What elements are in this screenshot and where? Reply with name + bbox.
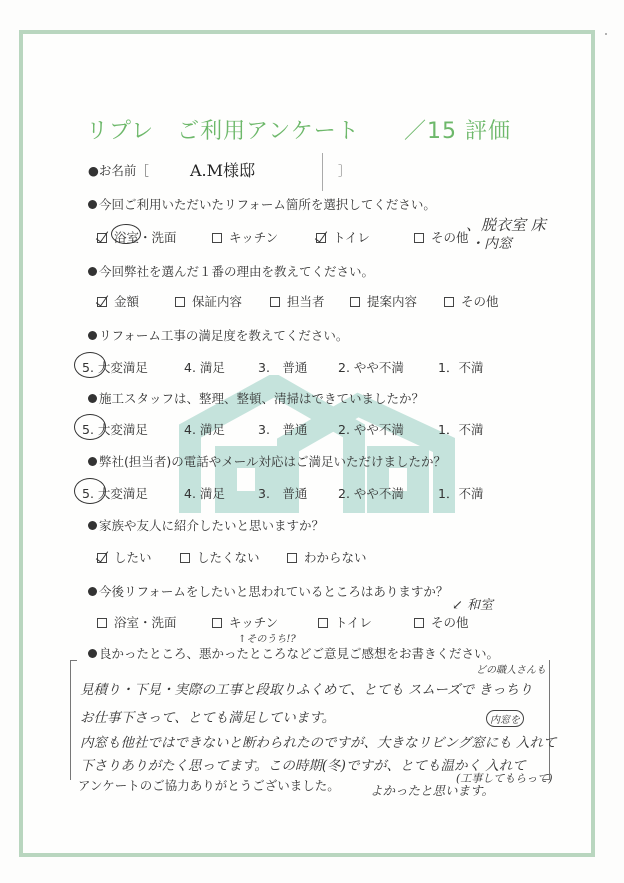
q2-option-proposal[interactable]: 提案内容: [350, 292, 417, 310]
title-text: リプレ ご利用アンケート: [86, 114, 386, 145]
bullet-icon: [88, 200, 97, 209]
q3-rating-4[interactable]: 4. 満足: [184, 358, 225, 376]
q7-option-bath[interactable]: 浴室・洗面: [97, 613, 177, 631]
q2-option-staff[interactable]: 担当者: [270, 292, 325, 310]
bullet-icon: [88, 649, 97, 658]
q5-rating-4[interactable]: 4. 満足: [184, 484, 225, 502]
survey-title: リプレ ご利用アンケート ／15 評価: [86, 114, 511, 145]
question-5: 弊社(担当者)の電話やメール対応はご満足いただけましたか？: [88, 452, 446, 470]
q1-option-toilet[interactable]: トイレ: [316, 228, 370, 246]
question-1: 今回ご利用いただいたリフォーム箇所を選択してください。: [88, 195, 436, 213]
name-divider: [322, 153, 323, 191]
name-close-bracket: ］: [338, 162, 350, 179]
checkbox-icon[interactable]: [175, 297, 185, 307]
handwritten-insertion: 内窓を: [486, 710, 524, 727]
q5-rating-2[interactable]: 2. やや不満: [338, 484, 404, 502]
q6-option-no[interactable]: したくない: [180, 548, 260, 566]
comment-line: お仕事下さって、とても満足しています。: [80, 706, 335, 726]
checkbox-checked-icon[interactable]: [97, 553, 107, 563]
q5-rating-1[interactable]: 1．不満: [438, 484, 483, 502]
checkbox-icon[interactable]: [444, 297, 454, 307]
comment-line: 内窓も他社ではできないと断わられたのですが、大きなリビング窓にも 入れて: [80, 731, 557, 751]
q2-option-warranty[interactable]: 保証内容: [175, 292, 242, 310]
question-3: リフォーム工事の満足度を教えてください。: [88, 326, 348, 344]
scan-speck: [605, 33, 607, 35]
question-2: 今回弊社を選んだ１番の理由を教えてください。: [88, 262, 374, 280]
checkbox-checked-icon[interactable]: [97, 297, 107, 307]
comment-line: 見積り・下見・実際の工事と段取りふくめて、とても スムーズで きっちり: [80, 678, 532, 698]
score-label: ／15 評価: [404, 114, 511, 145]
handwritten-note: ↑そのうち!?: [238, 630, 296, 645]
bullet-icon: [88, 331, 97, 340]
bullet-icon: [88, 521, 97, 530]
bullet-icon: [88, 267, 97, 276]
closing-message: アンケートのご協力ありがとうございました。: [78, 776, 340, 794]
q2-option-price[interactable]: 金額: [97, 292, 139, 310]
q7-option-other[interactable]: その他: [414, 613, 469, 631]
q6-option-yes[interactable]: したい: [97, 548, 152, 566]
bullet-icon: [88, 457, 97, 466]
checkbox-checked-icon[interactable]: [316, 233, 326, 243]
q7-option-toilet[interactable]: トイレ: [318, 613, 372, 631]
q4-rating-4[interactable]: 4. 満足: [184, 420, 225, 438]
q3-rating-5[interactable]: 5. 大変満足: [82, 358, 148, 376]
handwritten-note: ・内窓: [470, 233, 512, 253]
handwritten-insertion: (工事してもらって): [456, 770, 553, 786]
q1-option-kitchen[interactable]: キッチン: [212, 228, 278, 246]
q4-rating-5[interactable]: 5. 大変満足: [82, 420, 148, 438]
checkbox-icon[interactable]: [212, 618, 222, 628]
bullet-icon: [88, 587, 97, 596]
handwritten-note: ↙ 和室: [452, 594, 493, 613]
checkbox-icon[interactable]: [180, 553, 190, 563]
bullet-icon: [88, 394, 97, 403]
q1-option-other[interactable]: その他: [414, 228, 469, 246]
question-7: 今後リフォームをしたいと思われているところはありますか？: [88, 582, 448, 600]
checkbox-icon[interactable]: [270, 297, 280, 307]
q7-option-kitchen[interactable]: キッチン: [212, 613, 278, 631]
checkbox-icon[interactable]: [97, 618, 107, 628]
q4-rating-3[interactable]: 3. 普通: [258, 420, 307, 438]
q3-rating-3[interactable]: 3. 普通: [258, 358, 307, 376]
q6-option-unsure[interactable]: わからない: [287, 548, 367, 566]
handwritten-circle: [111, 224, 141, 244]
q2-option-other[interactable]: その他: [444, 292, 499, 310]
checkbox-icon[interactable]: [414, 618, 424, 628]
handwritten-insertion: どの職人さんも: [476, 661, 546, 676]
q5-rating-5[interactable]: 5. 大変満足: [82, 484, 148, 502]
checkbox-icon[interactable]: [287, 553, 297, 563]
q4-rating-2[interactable]: 2. やや不満: [338, 420, 404, 438]
question-6: 家族や友人に紹介したいと思いますか？: [88, 516, 324, 534]
checkbox-icon[interactable]: [414, 233, 424, 243]
q3-rating-2[interactable]: 2. やや不満: [338, 358, 404, 376]
q3-rating-1[interactable]: 1．不満: [438, 358, 483, 376]
checkbox-icon[interactable]: [350, 297, 360, 307]
checkbox-icon[interactable]: [318, 618, 328, 628]
question-4: 施工スタッフは、整理、整頓、清掃はできていましたか？: [88, 389, 424, 407]
q5-rating-3[interactable]: 3. 普通: [258, 484, 307, 502]
q4-rating-1[interactable]: 1．不満: [438, 420, 483, 438]
checkbox-checked-icon[interactable]: [97, 233, 107, 243]
checkbox-icon[interactable]: [212, 233, 222, 243]
name-label: ●お名前［: [88, 161, 149, 179]
handwritten-note: 、脱衣室 床: [466, 214, 546, 235]
name-field[interactable]: A.M様邸: [190, 158, 255, 181]
